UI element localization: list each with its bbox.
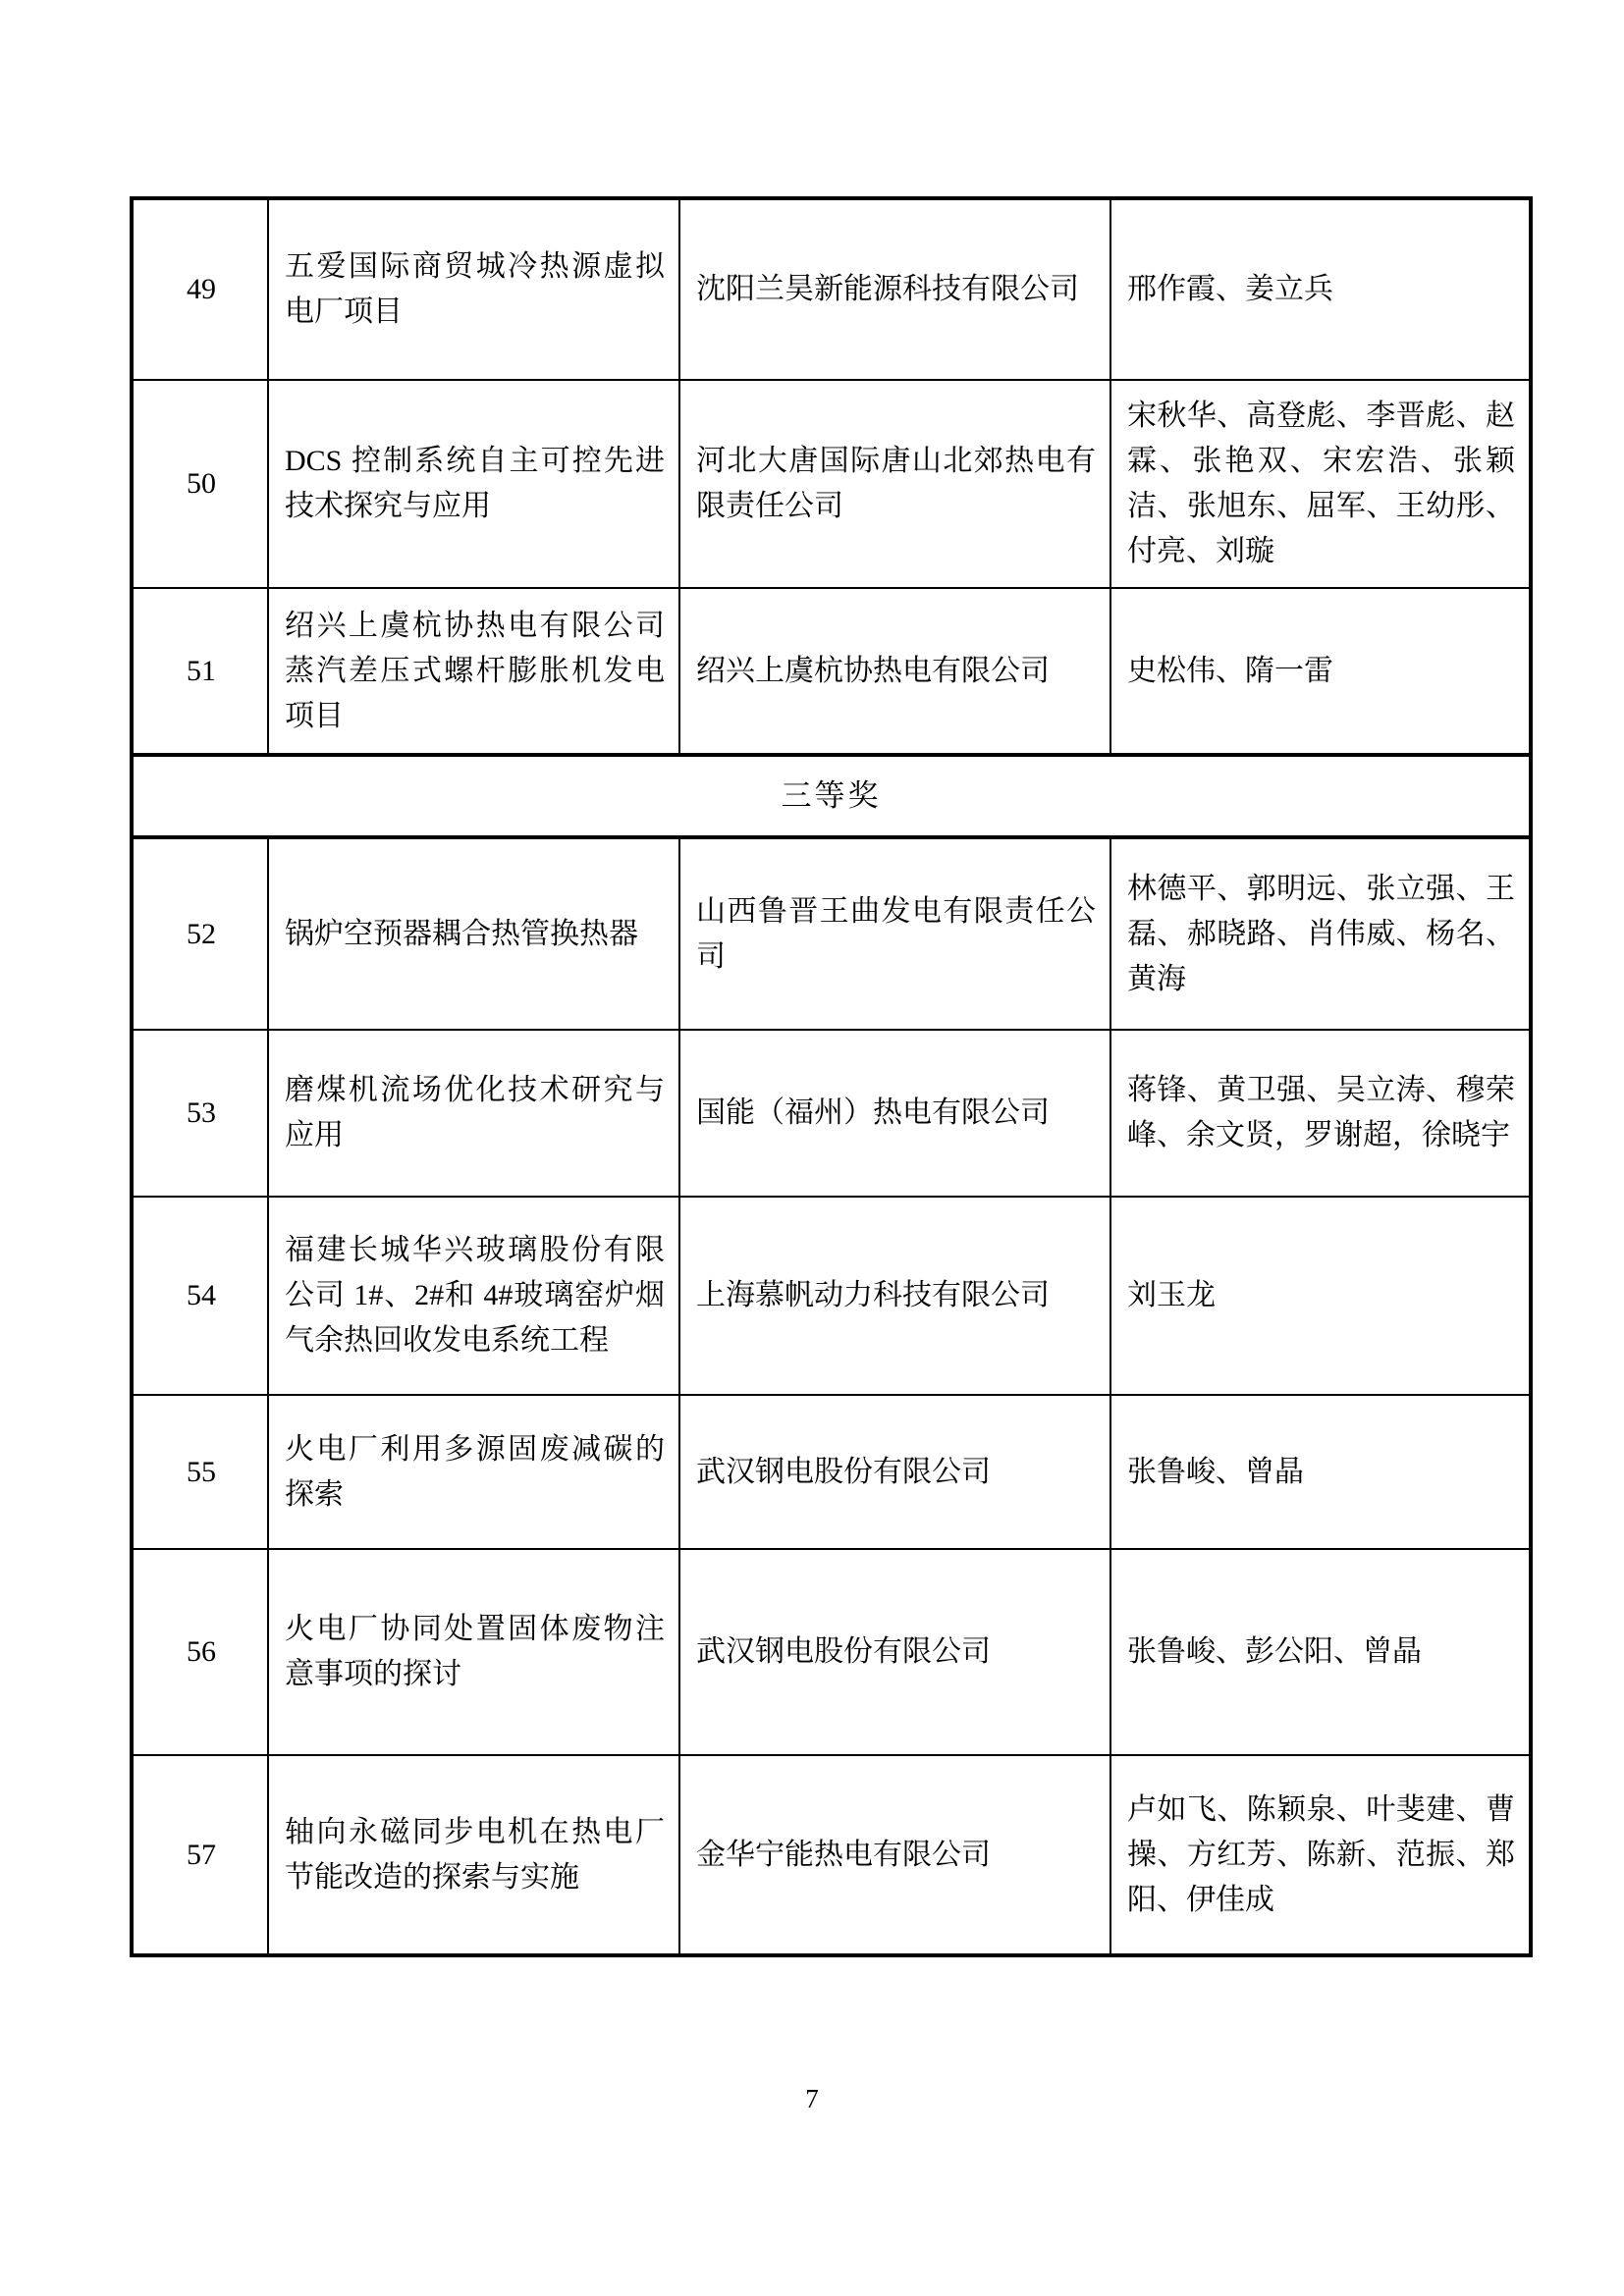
table-row: 53 磨煤机流场优化技术研究与应用 国能（福州）热电有限公司 蒋锋、黄卫强、吴立…: [132, 1030, 1531, 1197]
section-header-row: 三等奖: [132, 755, 1531, 837]
row-number-cell: 54: [132, 1197, 268, 1395]
company-cell: 金华宁能热电有限公司: [679, 1755, 1110, 1955]
section-header-cell: 三等奖: [132, 755, 1531, 837]
table-row: 52 锅炉空预器耦合热管换热器 山西鲁晋王曲发电有限责任公司 林德平、郭明远、张…: [132, 837, 1531, 1030]
company-cell: 国能（福州）热电有限公司: [679, 1030, 1110, 1197]
row-number-cell: 52: [132, 837, 268, 1030]
table-row: 49 五爱国际商贸城冷热源虚拟电厂项目 沈阳兰昊新能源科技有限公司 邢作霞、姜立…: [132, 198, 1531, 380]
awards-table: 49 五爱国际商贸城冷热源虚拟电厂项目 沈阳兰昊新能源科技有限公司 邢作霞、姜立…: [130, 196, 1533, 1957]
people-cell: 张鲁峻、曾晶: [1110, 1395, 1531, 1549]
people-cell: 张鲁峻、彭公阳、曾晶: [1110, 1549, 1531, 1755]
row-number-cell: 49: [132, 198, 268, 380]
project-name-cell: 福建长城华兴玻璃股份有限公司 1#、2#和 4#玻璃窑炉烟气余热回收发电系统工程: [268, 1197, 679, 1395]
row-number-cell: 55: [132, 1395, 268, 1549]
company-cell: 上海慕帆动力科技有限公司: [679, 1197, 1110, 1395]
project-name-cell: 绍兴上虞杭协热电有限公司蒸汽差压式螺杆膨胀机发电项目: [268, 588, 679, 755]
project-name-cell: 磨煤机流场优化技术研究与应用: [268, 1030, 679, 1197]
people-cell: 卢如飞、陈颖泉、叶斐建、曹操、方红芳、陈新、范振、郑阳、伊佳成: [1110, 1755, 1531, 1955]
table-row: 50 DCS 控制系统自主可控先进技术探究与应用 河北大唐国际唐山北郊热电有限责…: [132, 380, 1531, 588]
row-number-cell: 56: [132, 1549, 268, 1755]
row-number-cell: 53: [132, 1030, 268, 1197]
page-number: 7: [0, 2081, 1624, 2116]
table-row: 51 绍兴上虞杭协热电有限公司蒸汽差压式螺杆膨胀机发电项目 绍兴上虞杭协热电有限…: [132, 588, 1531, 755]
row-number-cell: 51: [132, 588, 268, 755]
company-cell: 山西鲁晋王曲发电有限责任公司: [679, 837, 1110, 1030]
project-name-cell: 火电厂协同处置固体废物注意事项的探讨: [268, 1549, 679, 1755]
row-number-cell: 57: [132, 1755, 268, 1955]
company-cell: 武汉钢电股份有限公司: [679, 1395, 1110, 1549]
company-cell: 沈阳兰昊新能源科技有限公司: [679, 198, 1110, 380]
company-cell: 河北大唐国际唐山北郊热电有限责任公司: [679, 380, 1110, 588]
table-row: 54 福建长城华兴玻璃股份有限公司 1#、2#和 4#玻璃窑炉烟气余热回收发电系…: [132, 1197, 1531, 1395]
company-cell: 绍兴上虞杭协热电有限公司: [679, 588, 1110, 755]
project-name-cell: 轴向永磁同步电机在热电厂节能改造的探索与实施: [268, 1755, 679, 1955]
people-cell: 邢作霞、姜立兵: [1110, 198, 1531, 380]
table-row: 56 火电厂协同处置固体废物注意事项的探讨 武汉钢电股份有限公司 张鲁峻、彭公阳…: [132, 1549, 1531, 1755]
document-page: 49 五爱国际商贸城冷热源虚拟电厂项目 沈阳兰昊新能源科技有限公司 邢作霞、姜立…: [0, 0, 1624, 2296]
people-cell: 史松伟、隋一雷: [1110, 588, 1531, 755]
table-row: 57 轴向永磁同步电机在热电厂节能改造的探索与实施 金华宁能热电有限公司 卢如飞…: [132, 1755, 1531, 1955]
company-cell: 武汉钢电股份有限公司: [679, 1549, 1110, 1755]
people-cell: 林德平、郭明远、张立强、王磊、郝晓路、肖伟威、杨名、黄海: [1110, 837, 1531, 1030]
project-name-cell: 锅炉空预器耦合热管换热器: [268, 837, 679, 1030]
people-cell: 刘玉龙: [1110, 1197, 1531, 1395]
project-name-cell: 五爱国际商贸城冷热源虚拟电厂项目: [268, 198, 679, 380]
project-name-cell: 火电厂利用多源固废减碳的探索: [268, 1395, 679, 1549]
row-number-cell: 50: [132, 380, 268, 588]
table-row: 55 火电厂利用多源固废减碳的探索 武汉钢电股份有限公司 张鲁峻、曾晶: [132, 1395, 1531, 1549]
project-name-cell: DCS 控制系统自主可控先进技术探究与应用: [268, 380, 679, 588]
people-cell: 宋秋华、高登彪、李晋彪、赵霖、张艳双、宋宏浩、张颖洁、张旭东、屈军、王幼彤、付亮…: [1110, 380, 1531, 588]
people-cell: 蒋锋、黄卫强、吴立涛、穆荣峰、余文贤，罗谢超，徐晓宇: [1110, 1030, 1531, 1197]
